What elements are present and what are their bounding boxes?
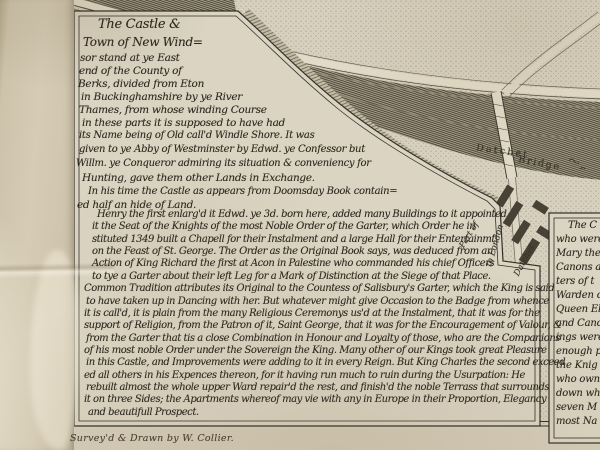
antique-windsor-map-photo: The Castle & Town of New Wind= sor stand…: [0, 0, 600, 450]
cartouche-title-line: Town of New Wind=: [83, 35, 203, 49]
cartouche-line: Willm. ye Conqueror admiring its situati…: [76, 158, 371, 169]
history-line: it on three Sides; the Apartments whereo…: [84, 394, 546, 405]
history-line: stituted 1349 built a Chapell for their …: [92, 234, 498, 245]
cartouche-line: sor stand at ye East: [80, 52, 180, 64]
side-panel-line: Mary the: [556, 248, 600, 259]
history-line: in this Castle, and Improvements were ad…: [86, 357, 565, 368]
side-panel-line: most Na: [556, 416, 597, 427]
cartouche-line: Hunting, gave them other Lands in Exchan…: [82, 172, 315, 184]
cartouche-line: Thames, from whose winding Course: [79, 104, 267, 116]
history-line: it is call'd, it is plain from the many …: [84, 308, 540, 319]
history-line: Action of King Richard the first at Acon…: [92, 258, 494, 269]
history-line: to tye a Garter about their left Leg for…: [92, 271, 491, 282]
history-line: it the Seat of the Knights of the most N…: [92, 221, 475, 232]
history-line: of his most noble Order under the Sovere…: [84, 345, 547, 356]
cartouche-line: given to ye Abby of Westminster by Edwd.…: [79, 144, 365, 155]
history-line: Henry the first enlarg'd it Edwd. ye 3d.…: [97, 209, 507, 220]
history-line: rebuilt almost the whole upper Ward repa…: [86, 382, 549, 393]
side-panel-line: the Knig: [556, 360, 597, 371]
side-panel-line: down wh: [556, 388, 600, 399]
history-line: support of Religion, from the Patron of …: [84, 320, 561, 331]
side-panel-line: Warden o: [556, 290, 600, 301]
cartouche-line: Berks, divided from Eton: [78, 78, 204, 90]
side-panel-line: ings were: [556, 332, 600, 343]
cartouche-line: end of the County of: [79, 65, 182, 77]
history-line: on the Feast of St. George. The Order as…: [92, 246, 493, 257]
side-panel-line: enough p: [556, 346, 600, 357]
side-panel-line: who were: [556, 234, 600, 245]
history-line: to have taken up in Dancing with her. Bu…: [86, 296, 549, 307]
side-panel-line: seven M: [556, 402, 597, 413]
side-panel-line: Canons a: [556, 262, 600, 273]
cartouche-line: its Name being of Old call'd Windle Shor…: [79, 130, 314, 141]
side-panel-line: and Cano: [556, 318, 600, 329]
side-panel-line: ters of t: [556, 276, 594, 287]
cartouche-line: in Buckinghamshire by ye River: [81, 91, 242, 103]
cartouche-title-line: The Castle &: [98, 17, 180, 32]
side-panel-line: The C: [568, 220, 597, 231]
history-line: from the Garter that tis a close Combina…: [86, 333, 560, 344]
history-line: and beautifull Prospect.: [88, 407, 199, 418]
side-panel-line: who own: [556, 374, 600, 385]
cartouche-line: in these parts it is supposed to have ha…: [82, 117, 285, 129]
side-panel-line: Queen El: [556, 304, 600, 315]
cartouche-line: In his time the Castle as appears from D…: [88, 186, 397, 197]
surveyor-credit: Survey'd & Drawn by W. Collier.: [70, 433, 234, 444]
history-line: ed all others in his Expences thereon, f…: [84, 370, 525, 381]
history-line: Common Tradition attributes its Original…: [84, 283, 554, 294]
